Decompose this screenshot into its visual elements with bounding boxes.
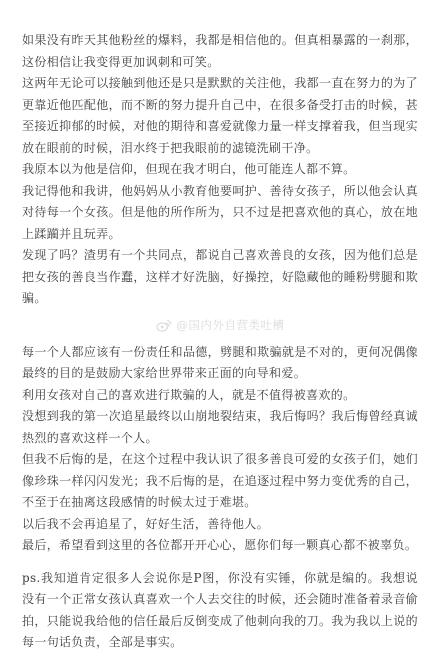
paragraph: 我原本以为他是信仰，但现在我才明白，他可能连人都不算。 <box>22 159 418 181</box>
watermark: @国内外自营类吐槽 <box>22 310 418 342</box>
paragraph: 我记得他和我讲，他妈妈从小教育他要呵护、善待女孩子，所以他会认真对待每一个女孩。… <box>22 181 418 246</box>
watermark-text: @国内外自营类吐槽 <box>177 315 285 337</box>
post-page: 如果没有昨天其他粉丝的爆料，我都是相信他的。但真相暴露的一刹那，这份相信让我变得… <box>0 0 440 663</box>
paragraph: 发现了吗？渣男有一个共同点，都说自己喜欢善良的女孩，因为他们总是把女孩的善良当作… <box>22 245 418 310</box>
paragraph: 没想到我的第一次追星最终以山崩地裂结束，我后悔吗？我后悔曾经真诚热烈的喜欢这样一… <box>22 406 418 449</box>
paragraph: 最后，希望看到这里的各位都开开心心，愿你们每一颗真心都不被辜负。 <box>22 535 418 557</box>
paragraph: 利用女孩对自己的喜欢进行欺骗的人，就是不值得被喜欢的。 <box>22 385 418 407</box>
paragraph: 以后我不会再追星了，好好生活，善待他人。 <box>22 514 418 536</box>
paragraph: 但我不后悔的是，在这个过程中我认识了很多善良可爱的女孩子们，她们像珍珠一样闪闪发… <box>22 449 418 514</box>
post-body: 如果没有昨天其他粉丝的爆料，我都是相信他的。但真相暴露的一刹那，这份相信让我变得… <box>22 30 418 654</box>
paragraph: 这两年无论可以接触到他还是只是默默的关注他，我都一直在努力的为了更靠近他匹配他，… <box>22 73 418 159</box>
paragraph-ps-note: ps.我知道肯定很多人会说你是P图，你没有实锤，你就是编的。我想说没有一个正常女… <box>22 568 418 654</box>
paragraph: 如果没有昨天其他粉丝的爆料，我都是相信他的。但真相暴露的一刹那，这份相信让我变得… <box>22 30 418 73</box>
paragraph: 每一个人都应该有一份责任和品德，劈腿和欺骗就是不对的，更何况偶像最终的目的是鼓励… <box>22 342 418 385</box>
weibo-logo-icon <box>156 319 172 332</box>
